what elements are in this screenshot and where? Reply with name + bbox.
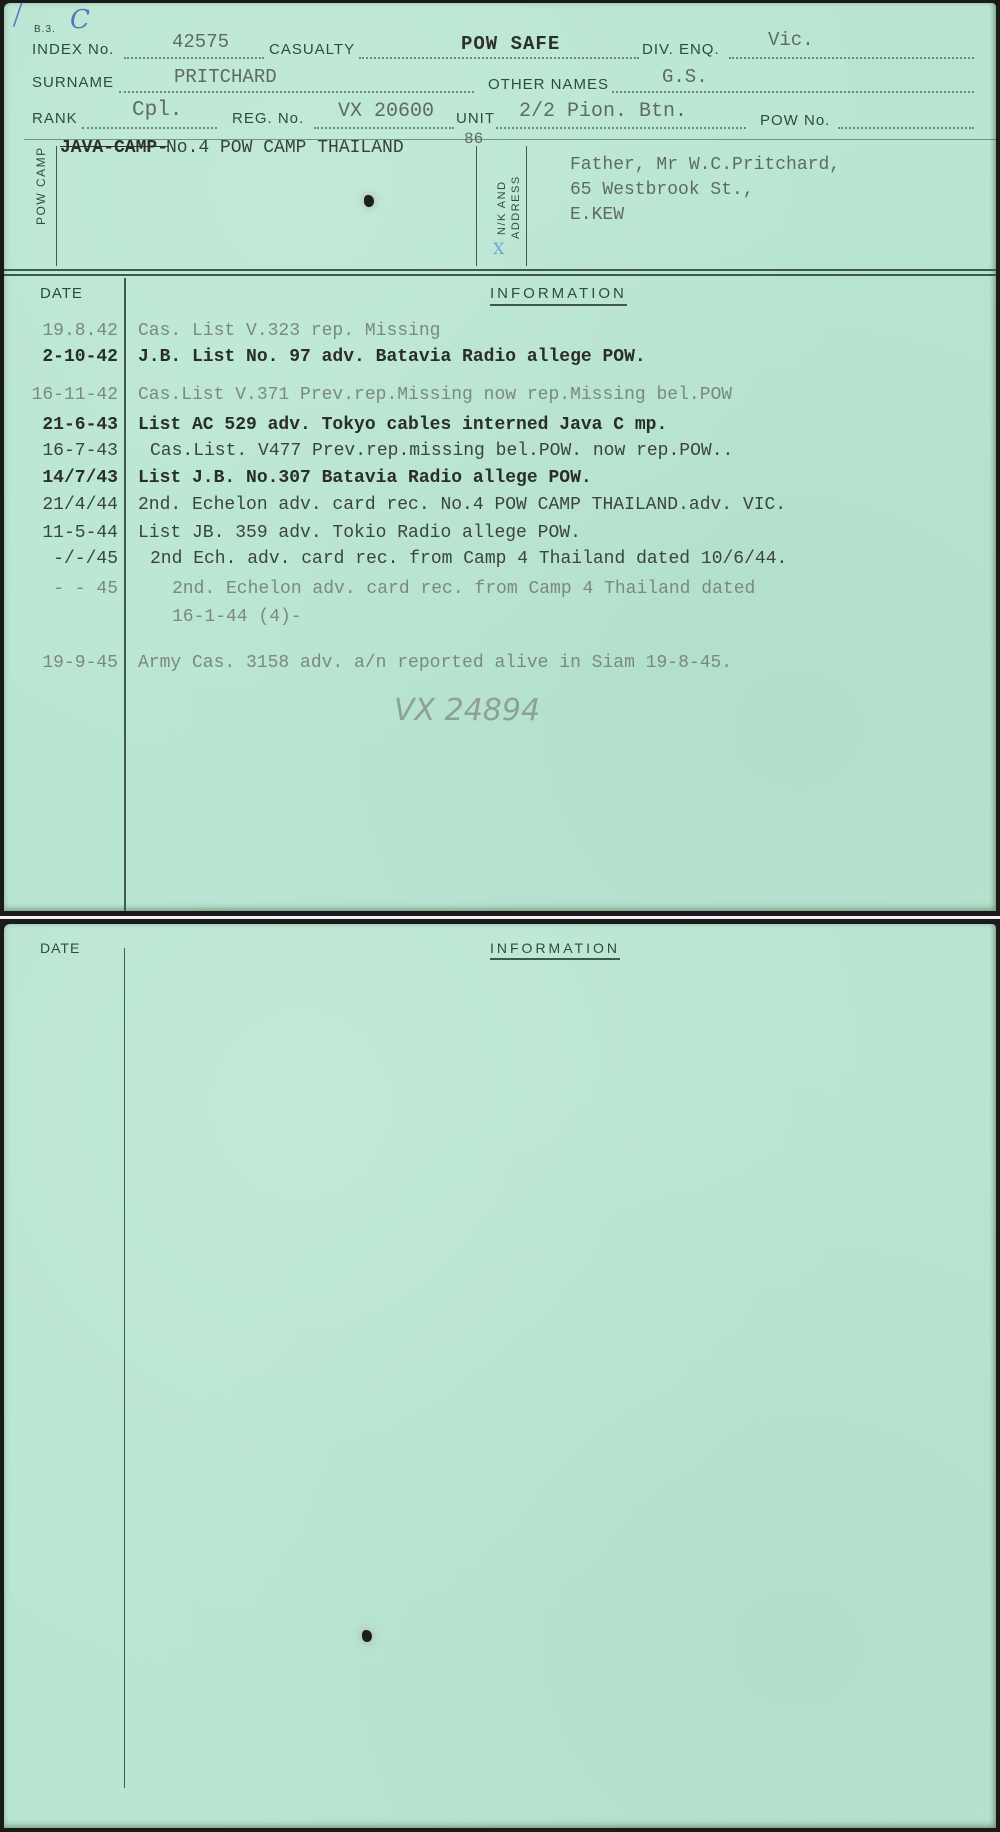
entry-date: -/-/45 xyxy=(4,549,118,569)
pow-camp-struck: JAVA-CAMP- xyxy=(60,138,168,158)
card-separator xyxy=(0,916,1000,919)
reg-no-label: REG. No. xyxy=(232,110,304,127)
unit-label: UNIT xyxy=(456,110,495,127)
reg-no-value: VX 20600 xyxy=(338,100,434,123)
entry-date: 14/7/43 xyxy=(4,468,118,488)
pow-camp-annotation: 86 xyxy=(464,130,483,148)
unit-value: 2/2 Pion. Btn. xyxy=(519,100,687,123)
pencil-note: VX 24894 xyxy=(394,693,540,728)
back-card: DATE INFORMATION xyxy=(4,924,996,1828)
entry-date: 16-11-42 xyxy=(4,385,118,405)
entry-info: Cas.List V.371 Prev.rep.Missing now rep.… xyxy=(138,385,732,405)
casualty-label: CASUALTY xyxy=(269,41,355,58)
div-enq-label: DIV. ENQ. xyxy=(642,41,720,58)
entry-info: J.B. List No. 97 adv. Batavia Radio alle… xyxy=(138,347,646,367)
entry-date: 19-9-45 xyxy=(4,653,118,673)
form-code: B.3. xyxy=(34,24,56,35)
entry-date: - - 45 xyxy=(4,579,118,599)
entry-info: Army Cas. 3158 adv. a/n reported alive i… xyxy=(138,653,732,673)
index-no-label: INDEX No. xyxy=(32,41,114,58)
back-information-heading: INFORMATION xyxy=(490,940,620,960)
pow-no-label: POW No. xyxy=(760,112,830,129)
nk-address-block: Father, Mr W.C.Pritchard, 65 Westbrook S… xyxy=(570,153,840,228)
ink-blot xyxy=(364,195,374,207)
nk-and-label: N/K AND xyxy=(496,180,508,235)
blue-check-mark: ⁄ xyxy=(11,1,25,31)
pow-camp-label: POW CAMP xyxy=(34,146,48,225)
entry-date: 21-6-43 xyxy=(4,415,118,435)
entry-date: 16-7-43 xyxy=(4,441,118,461)
information-heading: INFORMATION xyxy=(490,285,627,306)
entry-info: List J.B. No.307 Batavia Radio allege PO… xyxy=(138,468,592,488)
back-date-heading: DATE xyxy=(40,940,80,956)
nk-address-line: E.KEW xyxy=(570,203,840,228)
address-label: ADDRESS xyxy=(510,175,522,239)
entry-info: List JB. 359 adv. Tokio Radio allege POW… xyxy=(138,523,581,543)
surname-value: PRITCHARD xyxy=(174,66,277,88)
surname-label: SURNAME xyxy=(32,74,114,91)
entry-info: 2nd Ech. adv. card rec. from Camp 4 Thai… xyxy=(150,549,787,569)
date-heading: DATE xyxy=(40,285,83,302)
nk-address-line: Father, Mr W.C.Pritchard, xyxy=(570,153,840,178)
front-card: ⁄ C B.3. INDEX No. 42575 CASUALTY POW SA… xyxy=(4,3,996,911)
ink-blot xyxy=(362,1630,372,1642)
entry-date: 2-10-42 xyxy=(4,347,118,367)
entry-info: 16-1-44 (4)- xyxy=(172,607,302,627)
rank-label: RANK xyxy=(32,110,78,127)
entry-info: 2nd. Echelon adv. card rec. from Camp 4 … xyxy=(172,579,755,599)
entry-info: Cas. List V.323 rep. Missing xyxy=(138,321,440,341)
entry-date: 19.8.42 xyxy=(4,321,118,341)
entry-info: List AC 529 adv. Tokyo cables interned J… xyxy=(138,415,667,435)
div-enq-value: Vic. xyxy=(768,29,814,51)
entry-date: 21/4/44 xyxy=(4,495,118,515)
other-names-value: G.S. xyxy=(662,66,708,88)
rank-value: Cpl. xyxy=(132,99,182,122)
entry-info: Cas.List. V477 Prev.rep.missing bel.POW.… xyxy=(150,441,733,461)
index-no-value: 42575 xyxy=(172,31,229,53)
entry-info: 2nd. Echelon adv. card rec. No.4 POW CAM… xyxy=(138,495,786,515)
nk-address-line: 65 Westbrook St., xyxy=(570,178,840,203)
entry-date: 11-5-44 xyxy=(4,523,118,543)
nk-x-mark: X xyxy=(493,239,504,258)
pow-camp-value: No.4 POW CAMP THAILAND xyxy=(166,138,404,158)
casualty-value: POW SAFE xyxy=(461,33,560,55)
corner-mark: C xyxy=(70,5,90,35)
other-names-label: OTHER NAMES xyxy=(488,76,609,93)
